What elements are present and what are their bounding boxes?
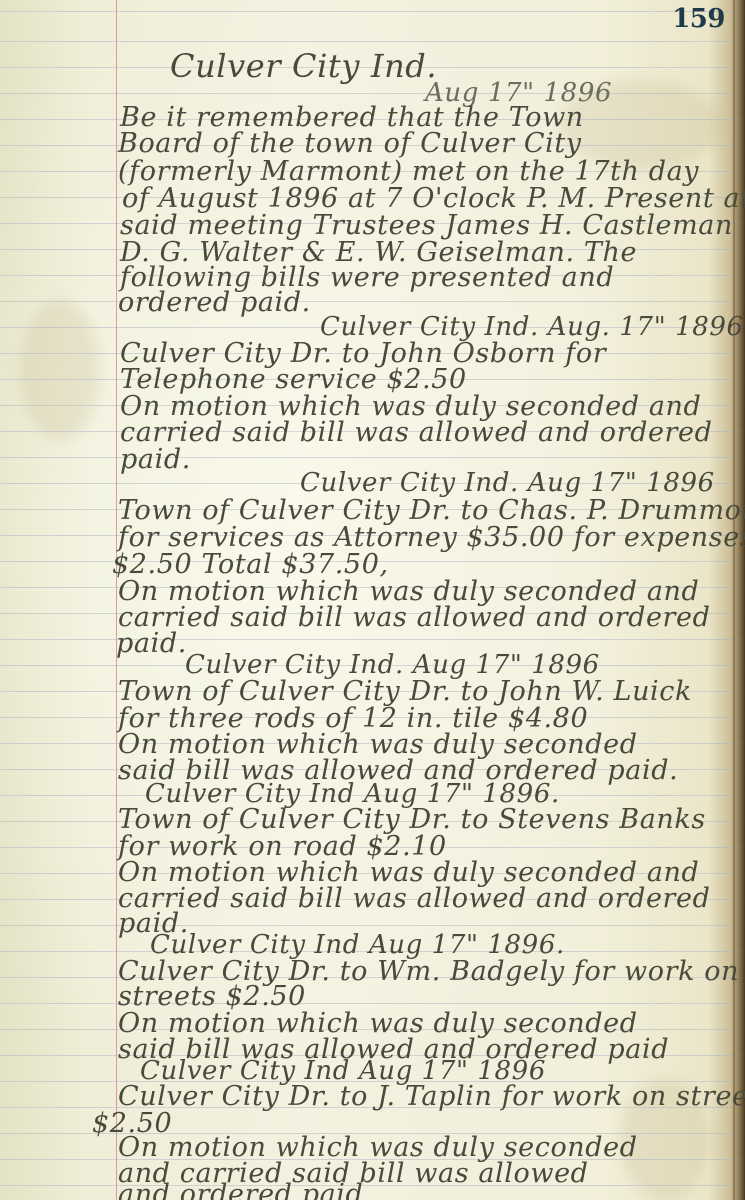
bill-line: paid. (120, 446, 191, 473)
preamble-line: Board of the town of Culver City (118, 130, 582, 157)
bill-line: carried said bill was allowed and ordere… (118, 885, 711, 912)
bill-line: Town of Culver City Dr. to Stevens Banks (118, 806, 706, 833)
ledger-page: 159 Culver City Ind. Aug 17" 1896 Be it … (0, 0, 745, 1200)
bill-heading: Culver City Ind. Aug 17" 1896 (185, 652, 600, 678)
bill-line: On motion which was duly seconded (118, 731, 638, 758)
bill-line: On motion which was duly seconded (118, 1010, 638, 1037)
bill-line: carried said bill was allowed and ordere… (118, 604, 711, 631)
preamble-line: (formerly Marmont) met on the 17th day (118, 158, 699, 185)
bill-line: Culver City Dr. to John Osborn for (120, 340, 606, 367)
preamble-line: Be it remembered that the Town (120, 104, 584, 131)
bill-line: $2.50 Total $37.50, (112, 551, 389, 578)
preamble-line: of August 1896 at 7 O'clock P. M. Presen… (122, 185, 745, 212)
bill-line: On motion which was duly seconded and (120, 393, 701, 420)
bill-line: Town of Culver City Dr. to John W. Luick (118, 678, 692, 705)
binding-shadow (731, 0, 745, 1200)
bill-line: and ordered paid (118, 1181, 363, 1200)
bill-line: Town of Culver City Dr. to Chas. P. Drum… (118, 497, 745, 524)
bill-heading: Culver City Ind. Aug 17" 1896 (300, 470, 715, 496)
bill-line: streets $2.50 (118, 983, 306, 1010)
margin-line (116, 0, 117, 1200)
bill-line: On motion which was duly seconded and (118, 578, 699, 605)
bill-line: On motion which was duly seconded and (118, 859, 699, 886)
bill-line: for work on road $2.10 (118, 833, 447, 860)
bill-line: On motion which was duly seconded (118, 1134, 638, 1161)
bill-heading: Culver City Ind Aug 17" 1896. (150, 932, 565, 958)
bill-line: for three rods of 12 in. tile $4.80 (118, 705, 588, 732)
bill-line: paid. (116, 630, 187, 657)
bill-line: Telephone service $2.50 (120, 366, 467, 393)
page-number: 159 (672, 4, 725, 34)
bill-line: for services as Attorney $35.00 for expe… (118, 524, 745, 551)
bill-line: Culver City Dr. to J. Taplin for work on… (118, 1083, 745, 1110)
bill-heading: Culver City Ind. Aug. 17" 1896 (320, 314, 744, 340)
preamble-line: ordered paid. (118, 289, 311, 316)
preamble-line: said meeting Trustees James H. Castleman (120, 212, 733, 239)
bill-line: carried said bill was allowed and ordere… (120, 419, 713, 446)
header-place: Culver City Ind. (170, 50, 437, 82)
